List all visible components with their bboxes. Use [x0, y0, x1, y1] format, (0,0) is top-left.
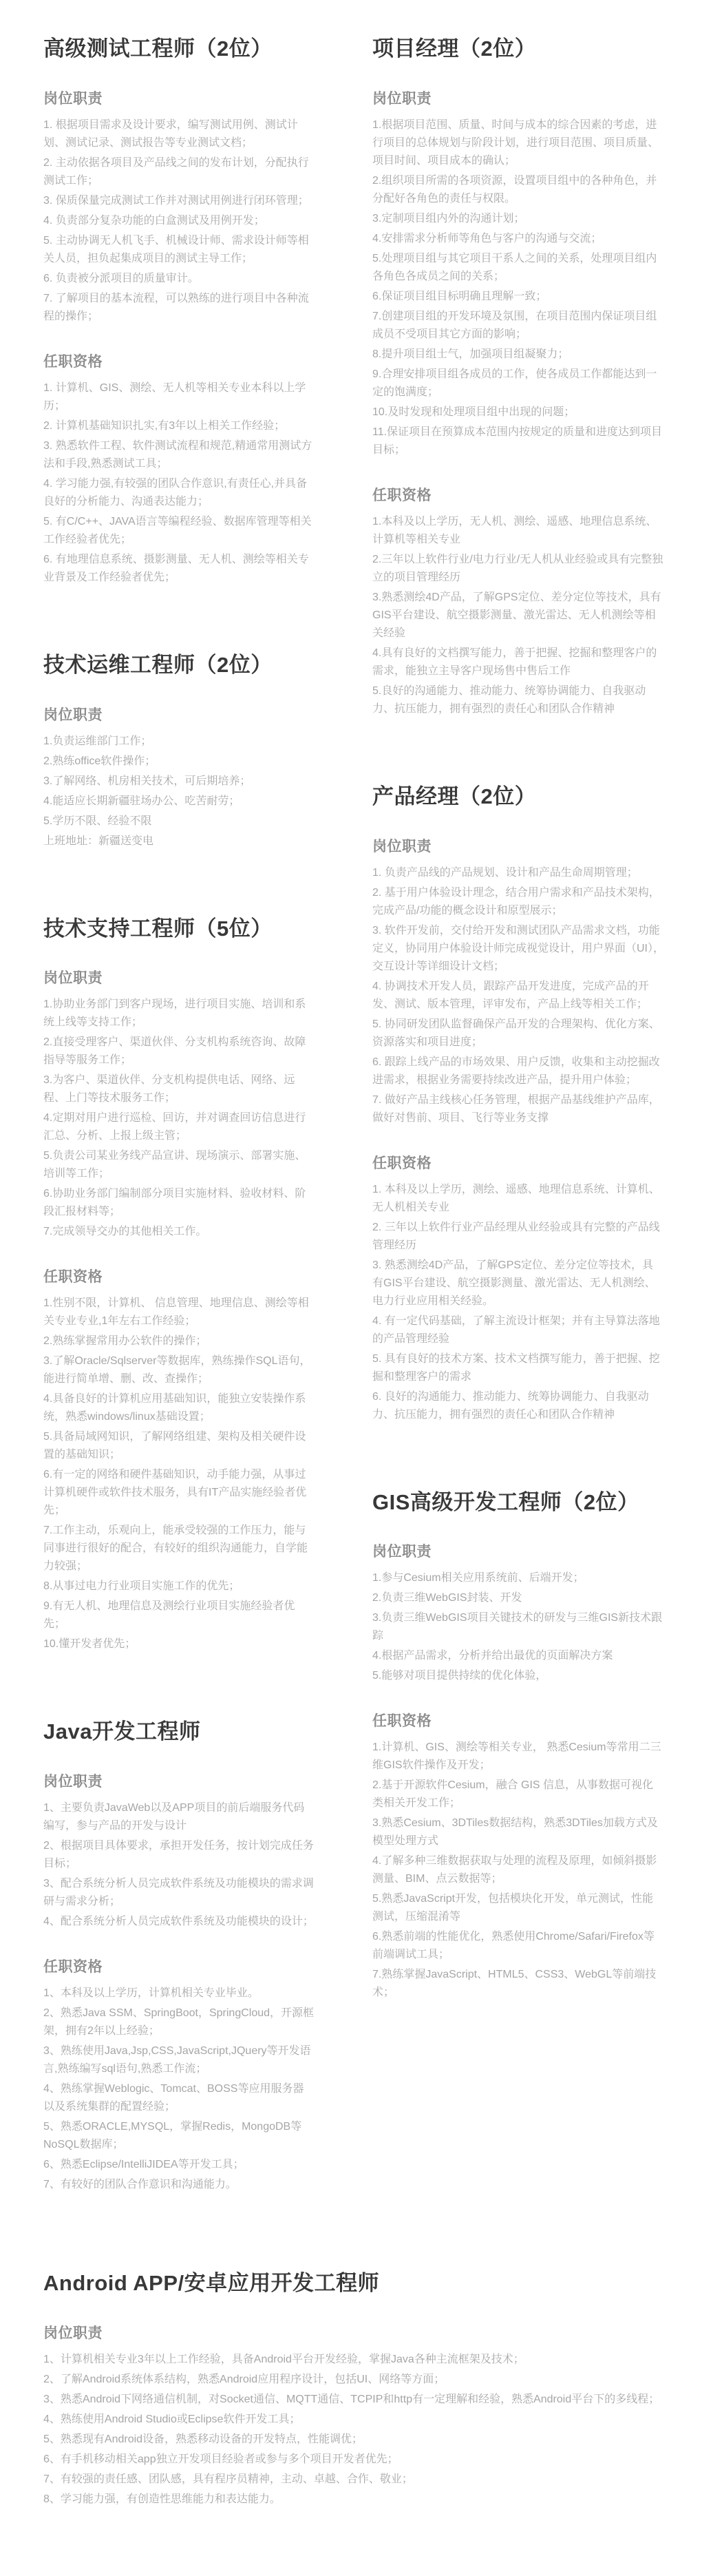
responsibilities-heading: 岗位职责: [43, 2322, 674, 2343]
job-item: 1. 根据项目需求及设计要求，编写测试用例、测试计划、测试记录、测试报告等专业测…: [43, 116, 315, 152]
responsibilities-heading: 岗位职责: [43, 87, 315, 108]
qualifications-heading: 任职资格: [43, 350, 315, 371]
job-item: 7. 了解项目的基本流程，可以熟练的进行项目中各种流程的操作；: [43, 290, 315, 326]
job-item: 1、计算机相关专业3年以上工作经验，具备Android平台开发经验，掌握Java…: [43, 2351, 674, 2369]
job-section-java-developer: Java开发工程师 岗位职责 1、主要负责JavaWeb以及APP项目的前后端服…: [43, 1719, 315, 2194]
responsibilities-list: 1.根据项目范围、质量、时间与成本的综合因素的考虑，进行项目的总体规划与阶段计划…: [372, 116, 664, 459]
job-item: 2. 三年以上软件行业产品经理从业经验或具有完整的产品线管理经历: [372, 1219, 664, 1255]
job-item: 4.根据产品需求，分析并给出最优的页面解决方案: [372, 1647, 664, 1665]
job-item: 7. 做好产品主线核心任务管理，根据产品基线维护产品库，做好对售前、项目、飞行等…: [372, 1091, 664, 1127]
qualifications-list: 1、本科及以上学历，计算机相关专业毕业。2、熟悉Java SSM、SpringB…: [43, 1985, 315, 2194]
job-item: 2.基于开源软件Cesium，融合 GIS 信息，从事数据可视化类相关开发工作；: [372, 1777, 664, 1812]
responsibilities-heading: 岗位职责: [372, 835, 664, 856]
job-item: 4、熟练掌握Weblogic、Tomcat、BOSS等应用服务器以及系统集群的配…: [43, 2080, 315, 2116]
job-section-gis-senior-developer: GIS高级开发工程师（2位） 岗位职责 1.参与Cesium相关应用系统前、后端…: [372, 1489, 664, 2002]
job-item: 6. 跟踪上线产品的市场效果、用户反馈，收集和主动挖掘改进需求，根据业务需要持续…: [372, 1054, 664, 1089]
job-item: 2.直接受理客户、渠道伙伴、分支机构系统咨询、故障指导等服务工作；: [43, 1034, 315, 1069]
job-item: 4. 有一定代码基础，了解主流设计框架；并有主导算法落地的产品管理经验: [372, 1312, 664, 1348]
job-item: 6.协助业务部门编制部分项目实施材料、验收材料、阶段汇报材料等；: [43, 1185, 315, 1221]
job-item: 1.协助业务部门到客户现场，进行项目实施、培训和系统上线等支持工作；: [43, 996, 315, 1032]
job-item: 2. 基于用户体验设计理念，结合用户需求和产品技术架构，完成产品/功能的概念设计…: [372, 884, 664, 920]
job-item: 2. 主动依据各项目及产品线之间的发布计划，分配执行测试工作；: [43, 154, 315, 190]
job-item: 7.创建项目组的开发环境及氛围，在项目范围内保证项目组成员不受项目其它方面的影响…: [372, 308, 664, 344]
job-item: 1.性别不限，计算机、 信息管理、地理信息、测绘等相关专业专业,1年左右工作经验…: [43, 1295, 315, 1330]
job-item: 5.具备局域网知识，了解网络组建、架构及相关硬件设置的基础知识；: [43, 1428, 315, 1464]
job-title: 技术运维工程师（2位）: [43, 652, 315, 679]
job-item: 3. 熟悉软件工程、软件测试流程和规范,精通常用测试方法和手段,熟悉测试工具；: [43, 437, 315, 473]
job-listings-page: 高级测试工程师（2位） 岗位职责 1. 根据项目需求及设计要求，编写测试用例、测…: [0, 0, 702, 2576]
responsibilities-list: 1.负责运维部门工作；2.熟练office软件操作；3.了解网络、机房相关技术，…: [43, 733, 315, 850]
job-title: 技术支持工程师（5位）: [43, 916, 315, 943]
job-item: 3、配合系统分析人员完成软件系统及功能模块的需求调研与需求分析；: [43, 1875, 315, 1911]
job-item: 6. 有地理信息系统、摄影测量、无人机、测绘等相关专业背景及工作经验者优先；: [43, 551, 315, 587]
qualifications-heading: 任职资格: [43, 1956, 315, 1976]
responsibilities-list: 1、主要负责JavaWeb以及APP项目的前后端服务代码编写，参与产品的开发与设…: [43, 1799, 315, 1931]
job-item: 1. 计算机、GIS、测绘、无人机等相关专业本科以上学历；: [43, 379, 315, 415]
job-item: 7、有较好的团队合作意识和沟通能力。: [43, 2176, 315, 2194]
job-item: 2、了解Android系统体系结构，熟悉Android应用程序设计，包括UI、网…: [43, 2371, 674, 2389]
job-item: 2.组织项目所需的各项资源，设置项目组中的各种角色，并分配好各角色的责任与权限。: [372, 172, 664, 208]
job-item: 4、配合系统分析人员完成软件系统及功能模块的设计；: [43, 1913, 315, 1931]
job-title: GIS高级开发工程师（2位）: [372, 1489, 664, 1516]
responsibilities-heading: 岗位职责: [43, 967, 315, 987]
job-item: 6. 良好的沟通能力、推动能力、统筹协调能力、自我驱动力、抗压能力，拥有强烈的责…: [372, 1388, 664, 1424]
job-item: 5. 具有良好的技术方案、技术文档撰写能力，善于把握、挖掘和整理客户的需求: [372, 1350, 664, 1386]
job-item: 7.完成领导交办的其他相关工作。: [43, 1223, 315, 1241]
job-item: 5.良好的沟通能力、推动能力、统筹协调能力、自我驱动力、抗压能力，拥有强烈的责任…: [372, 682, 664, 718]
job-item: 3.了解网络、机房相关技术，可后期培养；: [43, 773, 315, 790]
job-item: 2.熟练掌握常用办公软件的操作；: [43, 1332, 315, 1350]
job-item: 1. 本科及以上学历，测绘、遥感、地理信息系统、计算机、无人机相关专业: [372, 1181, 664, 1217]
qualifications-heading: 任职资格: [372, 1152, 664, 1173]
job-item: 1. 负责产品线的产品规划、设计和产品生命周期管理；: [372, 864, 664, 882]
job-item: 1.负责运维部门工作；: [43, 733, 315, 751]
job-item: 2. 计算机基础知识扎实,有3年以上相关工作经验；: [43, 417, 315, 435]
responsibilities-list: 1.参与Cesium相关应用系统前、后端开发；2.负责三维WebGIS封装、开发…: [372, 1569, 664, 1685]
job-item: 3.为客户、渠道伙伴、分支机构提供电话、网络、远程、上门等技术服务工作；: [43, 1071, 315, 1107]
job-item: 3. 软件开发前，交付给开发和测试团队产品需求文档，功能定义，协同用户体验设计师…: [372, 922, 664, 976]
qualifications-list: 1.计算机、GIS、测绘等相关专业， 熟悉Cesium等常用二三维GIS软件操作…: [372, 1739, 664, 2002]
job-item: 2.三年以上软件行业/电力行业/无人机从业经验或具有完整独立的项目管理经历: [372, 551, 664, 587]
job-item: 4. 协调技术开发人员，跟踪产品开发进度，完成产品的开发、测试、版本管理，评审发…: [372, 978, 664, 1014]
job-item: 4.了解多种三维数据获取与处理的流程及原理，如倾斜摄影测量、BIM、点云数据等；: [372, 1852, 664, 1888]
job-item: 2、熟悉Java SSM、SpringBoot，SpringCloud，开源框架…: [43, 2004, 315, 2040]
qualifications-heading: 任职资格: [372, 484, 664, 505]
qualifications-heading: 任职资格: [372, 1710, 664, 1730]
job-title: 项目经理（2位）: [372, 36, 664, 63]
job-item: 3.熟悉测绘4D产品，了解GPS定位、差分定位等技术，具有GIS平台建设、航空摄…: [372, 589, 664, 642]
job-item: 6.有一定的网络和硬件基础知识，动手能力强，从事过计算机硬件或软件技术服务，具有…: [43, 1466, 315, 1520]
job-section-android-developer: Android APP/安卓应用开发工程师 岗位职责 1、计算机相关专业3年以上…: [43, 2270, 674, 2509]
job-item: 5. 协同研发团队监督确保产品开发的合理架构、优化方案、资源落实和项目进度；: [372, 1016, 664, 1051]
qualifications-heading: 任职资格: [43, 1266, 315, 1286]
job-item: 4.能适应长期新疆驻场办公、吃苦耐劳；: [43, 793, 315, 810]
job-item: 1.参与Cesium相关应用系统前、后端开发；: [372, 1569, 664, 1587]
job-item: 6.保证项目组目标明确且理解一致；: [372, 288, 664, 306]
job-section-tech-ops-engineer: 技术运维工程师（2位） 岗位职责 1.负责运维部门工作；2.熟练office软件…: [43, 652, 315, 850]
responsibilities-heading: 岗位职责: [372, 1540, 664, 1561]
job-item: 5. 有C/C++、JAVA语言等编程经验、数据库管理等相关工作经验者优先；: [43, 513, 315, 549]
job-item: 1、本科及以上学历，计算机相关专业毕业。: [43, 1985, 315, 2002]
job-item: 6. 负责被分派项目的质量审计。: [43, 270, 315, 288]
qualifications-list: 1.性别不限，计算机、 信息管理、地理信息、测绘等相关专业专业,1年左右工作经验…: [43, 1295, 315, 1653]
job-item: 11.保证项目在预算成本范围内按规定的质量和进度达到项目目标；: [372, 423, 664, 459]
job-item: 3.定制项目组内外的沟通计划；: [372, 210, 664, 228]
job-item: 3.熟悉Cesium、3DTiles数据结构，熟悉3DTiles加载方式及模型处…: [372, 1814, 664, 1850]
responsibilities-list: 1、计算机相关专业3年以上工作经验，具备Android平台开发经验，掌握Java…: [43, 2351, 674, 2509]
job-item: 3. 保质保量完成测试工作并对测试用例进行闭环管理；: [43, 192, 315, 210]
job-item: 1、主要负责JavaWeb以及APP项目的前后端服务代码编写，参与产品的开发与设…: [43, 1799, 315, 1835]
qualifications-list: 1. 计算机、GIS、测绘、无人机等相关专业本科以上学历；2. 计算机基础知识扎…: [43, 379, 315, 587]
responsibilities-list: 1. 负责产品线的产品规划、设计和产品生命周期管理；2. 基于用户体验设计理念，…: [372, 864, 664, 1127]
job-item: 3.负责三维WebGIS项目关键技术的研发与三维GIS新技术跟踪: [372, 1609, 664, 1645]
job-item: 4.具有良好的文档撰写能力，善于把握、挖掘和整理客户的需求，能独立主导客户现场售…: [372, 645, 664, 680]
job-item: 5、熟悉现有Android设备，熟悉移动设备的开发特点，性能调优；: [43, 2431, 674, 2449]
job-item: 2.熟练office软件操作；: [43, 753, 315, 771]
two-column-layout: 高级测试工程师（2位） 岗位职责 1. 根据项目需求及设计要求，编写测试用例、测…: [43, 36, 674, 2196]
job-item: 5. 主动协调无人机飞手、机械设计师、需求设计师等相关人员，担负起集成项目的测试…: [43, 232, 315, 268]
job-item: 10.及时发现和处理项目组中出现的问题；: [372, 404, 664, 421]
job-item: 5.处理项目组与其它项目干系人之间的关系，处理项目组内各角色各成员之间的关系；: [372, 250, 664, 286]
job-item: 3. 熟悉测绘4D产品，了解GPS定位、差分定位等技术，具有GIS平台建设、航空…: [372, 1257, 664, 1310]
job-item: 8.从事过电力行业项目实施工作的优先；: [43, 1578, 315, 1595]
responsibilities-heading: 岗位职责: [372, 87, 664, 108]
job-item: 7.熟练掌握JavaScript、HTML5、CSS3、WebGL等前端技术；: [372, 1966, 664, 2002]
job-section-project-manager: 项目经理（2位） 岗位职责 1.根据项目范围、质量、时间与成本的综合因素的考虑，…: [372, 36, 664, 718]
job-section-senior-test-engineer: 高级测试工程师（2位） 岗位职责 1. 根据项目需求及设计要求，编写测试用例、测…: [43, 36, 315, 587]
job-item: 7、有较强的责任感、团队感，具有程序员精神，主动、卓越、合作、敬业；: [43, 2471, 674, 2489]
job-title: Java开发工程师: [43, 1719, 315, 1746]
job-item: 5.负责公司某业务线产品宣讲、现场演示、部署实施、培训等工作；: [43, 1147, 315, 1183]
job-item: 5.熟悉JavaScript开发，包括模块化开发，单元测试，性能测试，压缩混淆等: [372, 1890, 664, 1926]
responsibilities-list: 1. 根据项目需求及设计要求，编写测试用例、测试计划、测试记录、测试报告等专业测…: [43, 116, 315, 326]
job-item: 1.本科及以上学历，无人机、测绘、遥感、地理信息系统、计算机等相关专业: [372, 513, 664, 549]
job-item: 6、熟悉Eclipse/IntelliJIDEA等开发工具；: [43, 2156, 315, 2174]
job-item: 6、有手机移动相关app独立开发项目经验者或参与多个项目开发者优先；: [43, 2451, 674, 2469]
job-item: 5、熟悉ORACLE,MYSQL，掌握Redis，MongoDB等NoSQL数据…: [43, 2118, 315, 2154]
job-item: 4.具备良好的计算机应用基础知识，能独立安装操作系统，熟悉windows/lin…: [43, 1390, 315, 1426]
job-title: 高级测试工程师（2位）: [43, 36, 315, 63]
responsibilities-list: 1.协助业务部门到客户现场，进行项目实施、培训和系统上线等支持工作；2.直接受理…: [43, 996, 315, 1241]
job-item: 5.能够对项目提供持续的优化体验，: [372, 1667, 664, 1685]
qualifications-list: 1.本科及以上学历，无人机、测绘、遥感、地理信息系统、计算机等相关专业2.三年以…: [372, 513, 664, 718]
job-item: 上班地址：新疆送变电: [43, 833, 315, 850]
job-item: 5.学历不限、经验不限: [43, 813, 315, 830]
job-item: 3、熟悉Android下网络通信机制，对Socket通信、MQTT通信、TCPI…: [43, 2391, 674, 2409]
right-column: 项目经理（2位） 岗位职责 1.根据项目范围、质量、时间与成本的综合因素的考虑，…: [372, 36, 664, 2004]
job-item: 8.提升项目组士气，加强项目组凝聚力；: [372, 346, 664, 364]
job-item: 4. 学习能力强,有较强的团队合作意识,有责任心,并具备良好的分析能力、沟通表达…: [43, 475, 315, 511]
job-item: 4、熟练使用Android Studio或Eclipse软件开发工具；: [43, 2411, 674, 2429]
job-section-product-manager: 产品经理（2位） 岗位职责 1. 负责产品线的产品规划、设计和产品生命周期管理；…: [372, 784, 664, 1424]
job-section-tech-support-engineer: 技术支持工程师（5位） 岗位职责 1.协助业务部门到客户现场，进行项目实施、培训…: [43, 916, 315, 1654]
job-item: 3、熟练使用Java,Jsp,CSS,JavaScript,JQuery等开发语…: [43, 2042, 315, 2078]
job-item: 10.懂开发者优先；: [43, 1635, 315, 1653]
job-title: 产品经理（2位）: [372, 784, 664, 810]
qualifications-list: 1. 本科及以上学历，测绘、遥感、地理信息系统、计算机、无人机相关专业2. 三年…: [372, 1181, 664, 1424]
job-item: 2.负责三维WebGIS封装、开发: [372, 1589, 664, 1607]
job-item: 4.定期对用户进行巡检、回访，并对调查回访信息进行汇总、分析、上报上级主管；: [43, 1109, 315, 1145]
responsibilities-heading: 岗位职责: [43, 704, 315, 724]
job-item: 6.熟悉前端的性能优化，熟悉使用Chrome/Safari/Firefox等前端…: [372, 1928, 664, 1964]
job-item: 7.工作主动，乐观向上，能承受较强的工作压力，能与同事进行很好的配合，有较好的组…: [43, 1522, 315, 1575]
left-column: 高级测试工程师（2位） 岗位职责 1. 根据项目需求及设计要求，编写测试用例、测…: [43, 36, 315, 2196]
job-item: 8、学习能力强，有创造性思维能力和表达能力。: [43, 2491, 674, 2509]
job-item: 9.有无人机、地理信息及测绘行业项目实施经验者优先；: [43, 1598, 315, 1633]
job-item: 9.合理安排项目组各成员的工作，使各成员工作都能达到一定的饱满度；: [372, 366, 664, 401]
job-item: 3.了解Oracle/Sqlserver等数据库，熟练操作SQL语句，能进行简单…: [43, 1352, 315, 1388]
responsibilities-heading: 岗位职责: [43, 1770, 315, 1791]
job-title: Android APP/安卓应用开发工程师: [43, 2270, 674, 2297]
job-item: 1.计算机、GIS、测绘等相关专业， 熟悉Cesium等常用二三维GIS软件操作…: [372, 1739, 664, 1774]
job-item: 2、根据项目具体要求，承担开发任务，按计划完成任务目标；: [43, 1837, 315, 1873]
job-item: 4. 负责部分复杂功能的白盒测试及用例开发；: [43, 212, 315, 230]
job-item: 1.根据项目范围、质量、时间与成本的综合因素的考虑，进行项目的总体规划与阶段计划…: [372, 116, 664, 170]
job-item: 4.安排需求分析师等角色与客户的沟通与交流；: [372, 230, 664, 248]
